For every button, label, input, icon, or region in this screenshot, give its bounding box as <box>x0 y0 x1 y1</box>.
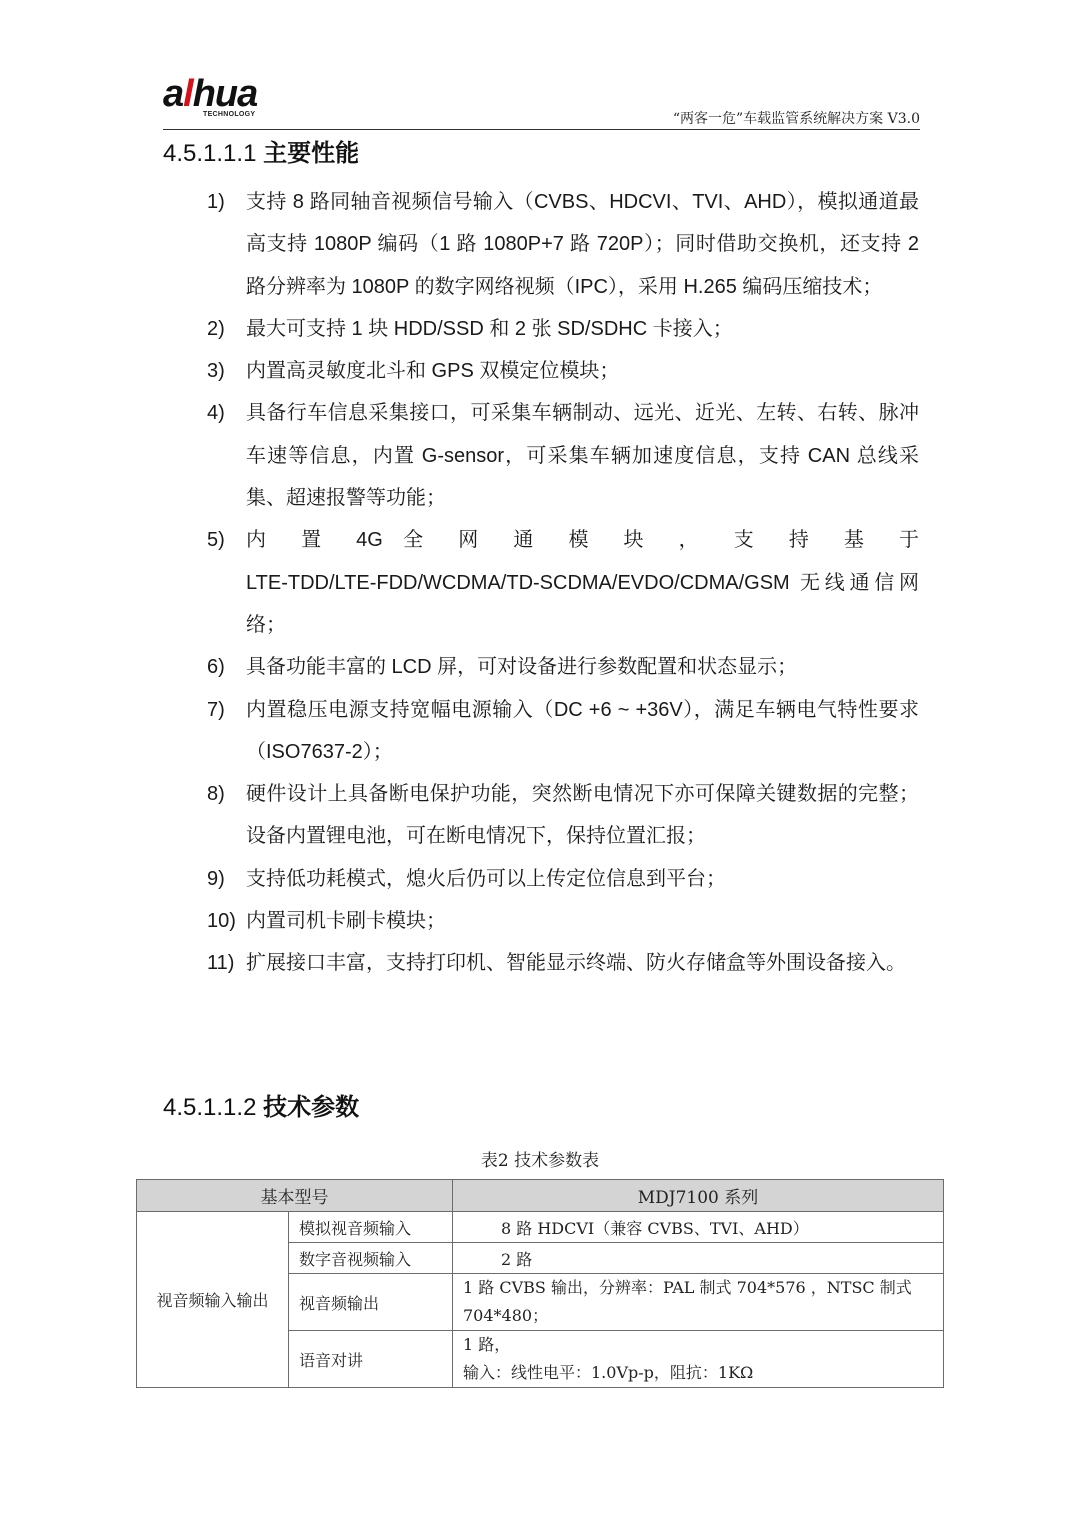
section-heading-tech-params: 4.5.1.1.2 技术参数 <box>163 1087 359 1122</box>
header-cell-model: 基本型号 <box>137 1180 453 1212</box>
logo-red-stroke: l <box>183 73 193 115</box>
logo-wordmark: alhua <box>163 74 257 114</box>
list-item-text: 内置高灵敏度北斗和 GPS 双模定位模块； <box>246 350 919 392</box>
list-item: 5) 内 置 4G 全 网 通 模 块 ， 支 持 基 于 LTE-TDD/LT… <box>207 519 919 646</box>
section-number: 4.5.1.1.2 <box>163 1094 256 1121</box>
list-item: 3) 内置高灵敏度北斗和 GPS 双模定位模块； <box>207 350 919 392</box>
list-item: 1) 支持 8 路同轴音视频信号输入（CVBS、HDCVI、TVI、AHD），模… <box>207 181 919 308</box>
section-title: 主要性能 <box>263 140 359 167</box>
spec-table: 基本型号 MDJ7100 系列 视音频输入输出 模拟视音频输入 8 路 HDCV… <box>136 1179 944 1388</box>
header-divider <box>163 129 920 130</box>
row-label: 视音频输出 <box>289 1274 453 1331</box>
row-label: 模拟视音频输入 <box>289 1212 453 1243</box>
document-page: alhua TECHNOLOGY “两客一危”车载监管系统解决方案 V3.0 4… <box>0 0 1080 1528</box>
table-caption: 表2 技术参数表 <box>0 1146 1080 1171</box>
row-value: 8 路 HDCVI（兼容 CVBS、TVI、AHD） <box>453 1212 944 1243</box>
list-item-text: 内置司机卡刷卡模块； <box>246 900 919 942</box>
list-item-text: LTE-TDD/LTE-FDD/WCDMA/TD-SCDMA/EVDO/CDMA… <box>246 562 919 647</box>
logo-letters-hua: hua <box>193 73 258 115</box>
page-header: alhua TECHNOLOGY “两客一危”车载监管系统解决方案 V3.0 <box>163 78 920 130</box>
row-value-line1: 1 路， <box>463 1331 933 1359</box>
list-item: 10) 内置司机卡刷卡模块； <box>207 900 919 942</box>
list-item-text: 内置稳压电源支持宽幅电源输入（DC +6 ~ +36V），满足车辆电气特性要求（… <box>246 689 919 774</box>
list-item-text-line1: 内 置 4G 全 网 通 模 块 ， 支 持 基 于 <box>246 519 919 561</box>
feature-list: 1) 支持 8 路同轴音视频信号输入（CVBS、HDCVI、TVI、AHD），模… <box>207 181 919 985</box>
list-item-text: 具备功能丰富的 LCD 屏，可对设备进行参数配置和状态显示； <box>246 646 919 688</box>
dahua-logo: alhua TECHNOLOGY <box>163 78 303 122</box>
list-item-text: 具备行车信息采集接口，可采集车辆制动、远光、近光、左转、右转、脉冲车速等信息，内… <box>246 392 919 519</box>
list-item-number: 4) <box>207 392 225 434</box>
list-item-text: 硬件设计上具备断电保护功能，突然断电情况下亦可保障关键数据的完整；设备内置锂电池… <box>246 773 919 858</box>
list-item: 8) 硬件设计上具备断电保护功能，突然断电情况下亦可保障关键数据的完整；设备内置… <box>207 773 919 858</box>
list-item-number: 10) <box>207 900 236 942</box>
list-item: 2) 最大可支持 1 块 HDD/SSD 和 2 张 SD/SDHC 卡接入； <box>207 308 919 350</box>
list-item-number: 7) <box>207 689 225 731</box>
list-item-number: 6) <box>207 646 225 688</box>
row-value-line2: 704*480； <box>463 1302 933 1330</box>
list-item-number: 2) <box>207 308 225 350</box>
section-title: 技术参数 <box>263 1094 359 1121</box>
list-item-number: 3) <box>207 350 225 392</box>
list-item: 4) 具备行车信息采集接口，可采集车辆制动、远光、近光、左转、右转、脉冲车速等信… <box>207 392 919 519</box>
logo-letter-a: a <box>163 73 183 115</box>
list-item-text: 支持低功耗模式，熄火后仍可以上传定位信息到平台； <box>246 858 919 900</box>
row-value: 2 路 <box>453 1243 944 1274</box>
row-value-line2: 输入：线性电平：1.0Vp-p，阻抗：1KΩ <box>463 1359 933 1387</box>
table-row: 视音频输入输出 模拟视音频输入 8 路 HDCVI（兼容 CVBS、TVI、AH… <box>137 1212 944 1243</box>
table-header-row: 基本型号 MDJ7100 系列 <box>137 1180 944 1212</box>
header-cell-series: MDJ7100 系列 <box>453 1180 944 1212</box>
list-item: 11) 扩展接口丰富，支持打印机、智能显示终端、防火存储盒等外围设备接入。 <box>207 942 919 984</box>
list-item-text: 最大可支持 1 块 HDD/SSD 和 2 张 SD/SDHC 卡接入； <box>246 308 919 350</box>
row-value: 1 路 CVBS 输出，分辨率：PAL 制式 704*576 ，NTSC 制式 … <box>453 1274 944 1331</box>
list-item-text: 扩展接口丰富，支持打印机、智能显示终端、防火存储盒等外围设备接入。 <box>246 942 919 984</box>
group-cell: 视音频输入输出 <box>137 1212 289 1388</box>
list-item: 6) 具备功能丰富的 LCD 屏，可对设备进行参数配置和状态显示； <box>207 646 919 688</box>
list-item-text: 支持 8 路同轴音视频信号输入（CVBS、HDCVI、TVI、AHD），模拟通道… <box>246 181 919 308</box>
list-item-number: 9) <box>207 858 225 900</box>
section-number: 4.5.1.1.1 <box>163 140 256 167</box>
list-item-number: 1) <box>207 181 225 223</box>
list-item-number: 8) <box>207 773 225 815</box>
row-label: 语音对讲 <box>289 1331 453 1388</box>
list-item-number: 5) <box>207 519 225 561</box>
row-value-line1: 1 路 CVBS 输出，分辨率：PAL 制式 704*576 ，NTSC 制式 <box>463 1274 933 1302</box>
document-title: “两客一危”车载监管系统解决方案 V3.0 <box>673 108 920 128</box>
section-heading-main-performance: 4.5.1.1.1 主要性能 <box>163 133 359 168</box>
row-value: 1 路， 输入：线性电平：1.0Vp-p，阻抗：1KΩ <box>453 1331 944 1388</box>
logo-subtitle: TECHNOLOGY <box>203 111 255 118</box>
row-label: 数字音视频输入 <box>289 1243 453 1274</box>
list-item-number: 11) <box>207 942 234 984</box>
list-item: 9) 支持低功耗模式，熄火后仍可以上传定位信息到平台； <box>207 858 919 900</box>
list-item: 7) 内置稳压电源支持宽幅电源输入（DC +6 ~ +36V），满足车辆电气特性… <box>207 689 919 774</box>
